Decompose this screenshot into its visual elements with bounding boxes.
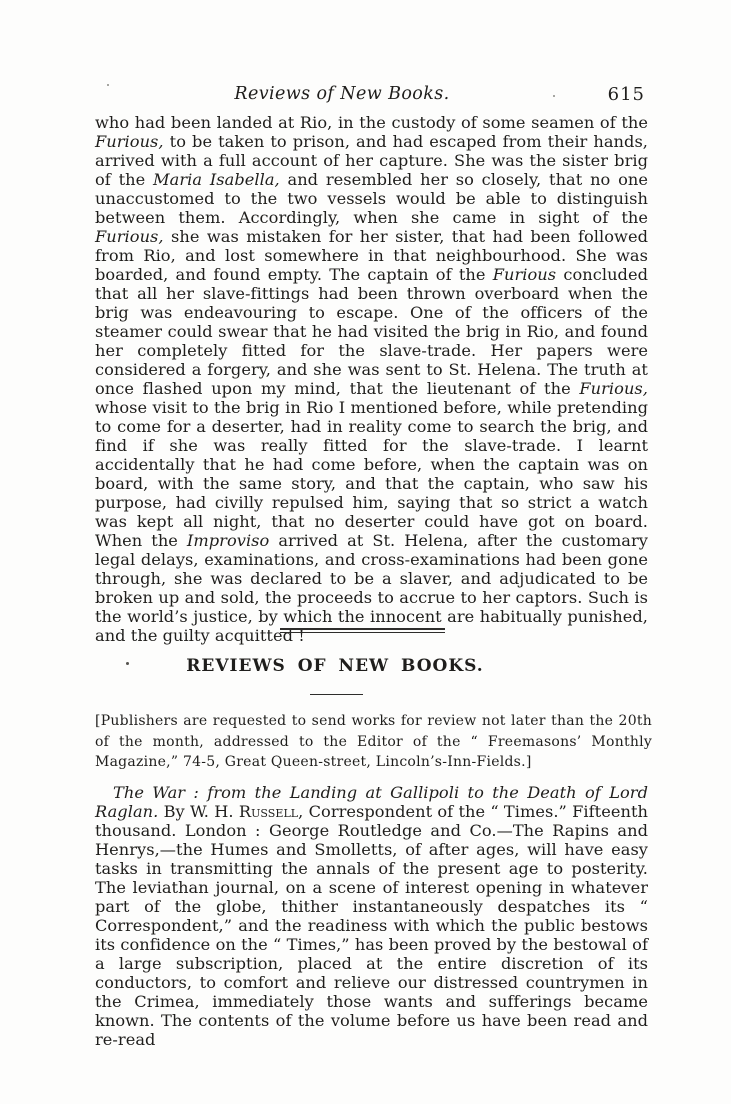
- section-divider-rule: [280, 628, 445, 633]
- page-number: 615: [608, 84, 645, 105]
- book-review-paragraph: The War : from the Landing at Gallipoli …: [95, 783, 648, 1049]
- running-header-title: Reviews of New Books.: [95, 84, 589, 104]
- scan-speck: [107, 84, 109, 86]
- continuation-paragraph: who had been landed at Rio, in the custo…: [95, 113, 648, 645]
- running-header: Reviews of New Books. 615: [95, 84, 648, 108]
- heading-rule: [310, 694, 363, 695]
- scan-speck: [553, 95, 555, 97]
- publishers-notice: [Publishers are requested to send works …: [95, 711, 652, 773]
- scan-speck: [126, 662, 129, 665]
- scanned-book-page: Reviews of New Books. 615 who had been l…: [0, 0, 731, 1104]
- section-heading: REVIEWS OF NEW BOOKS.: [95, 656, 575, 676]
